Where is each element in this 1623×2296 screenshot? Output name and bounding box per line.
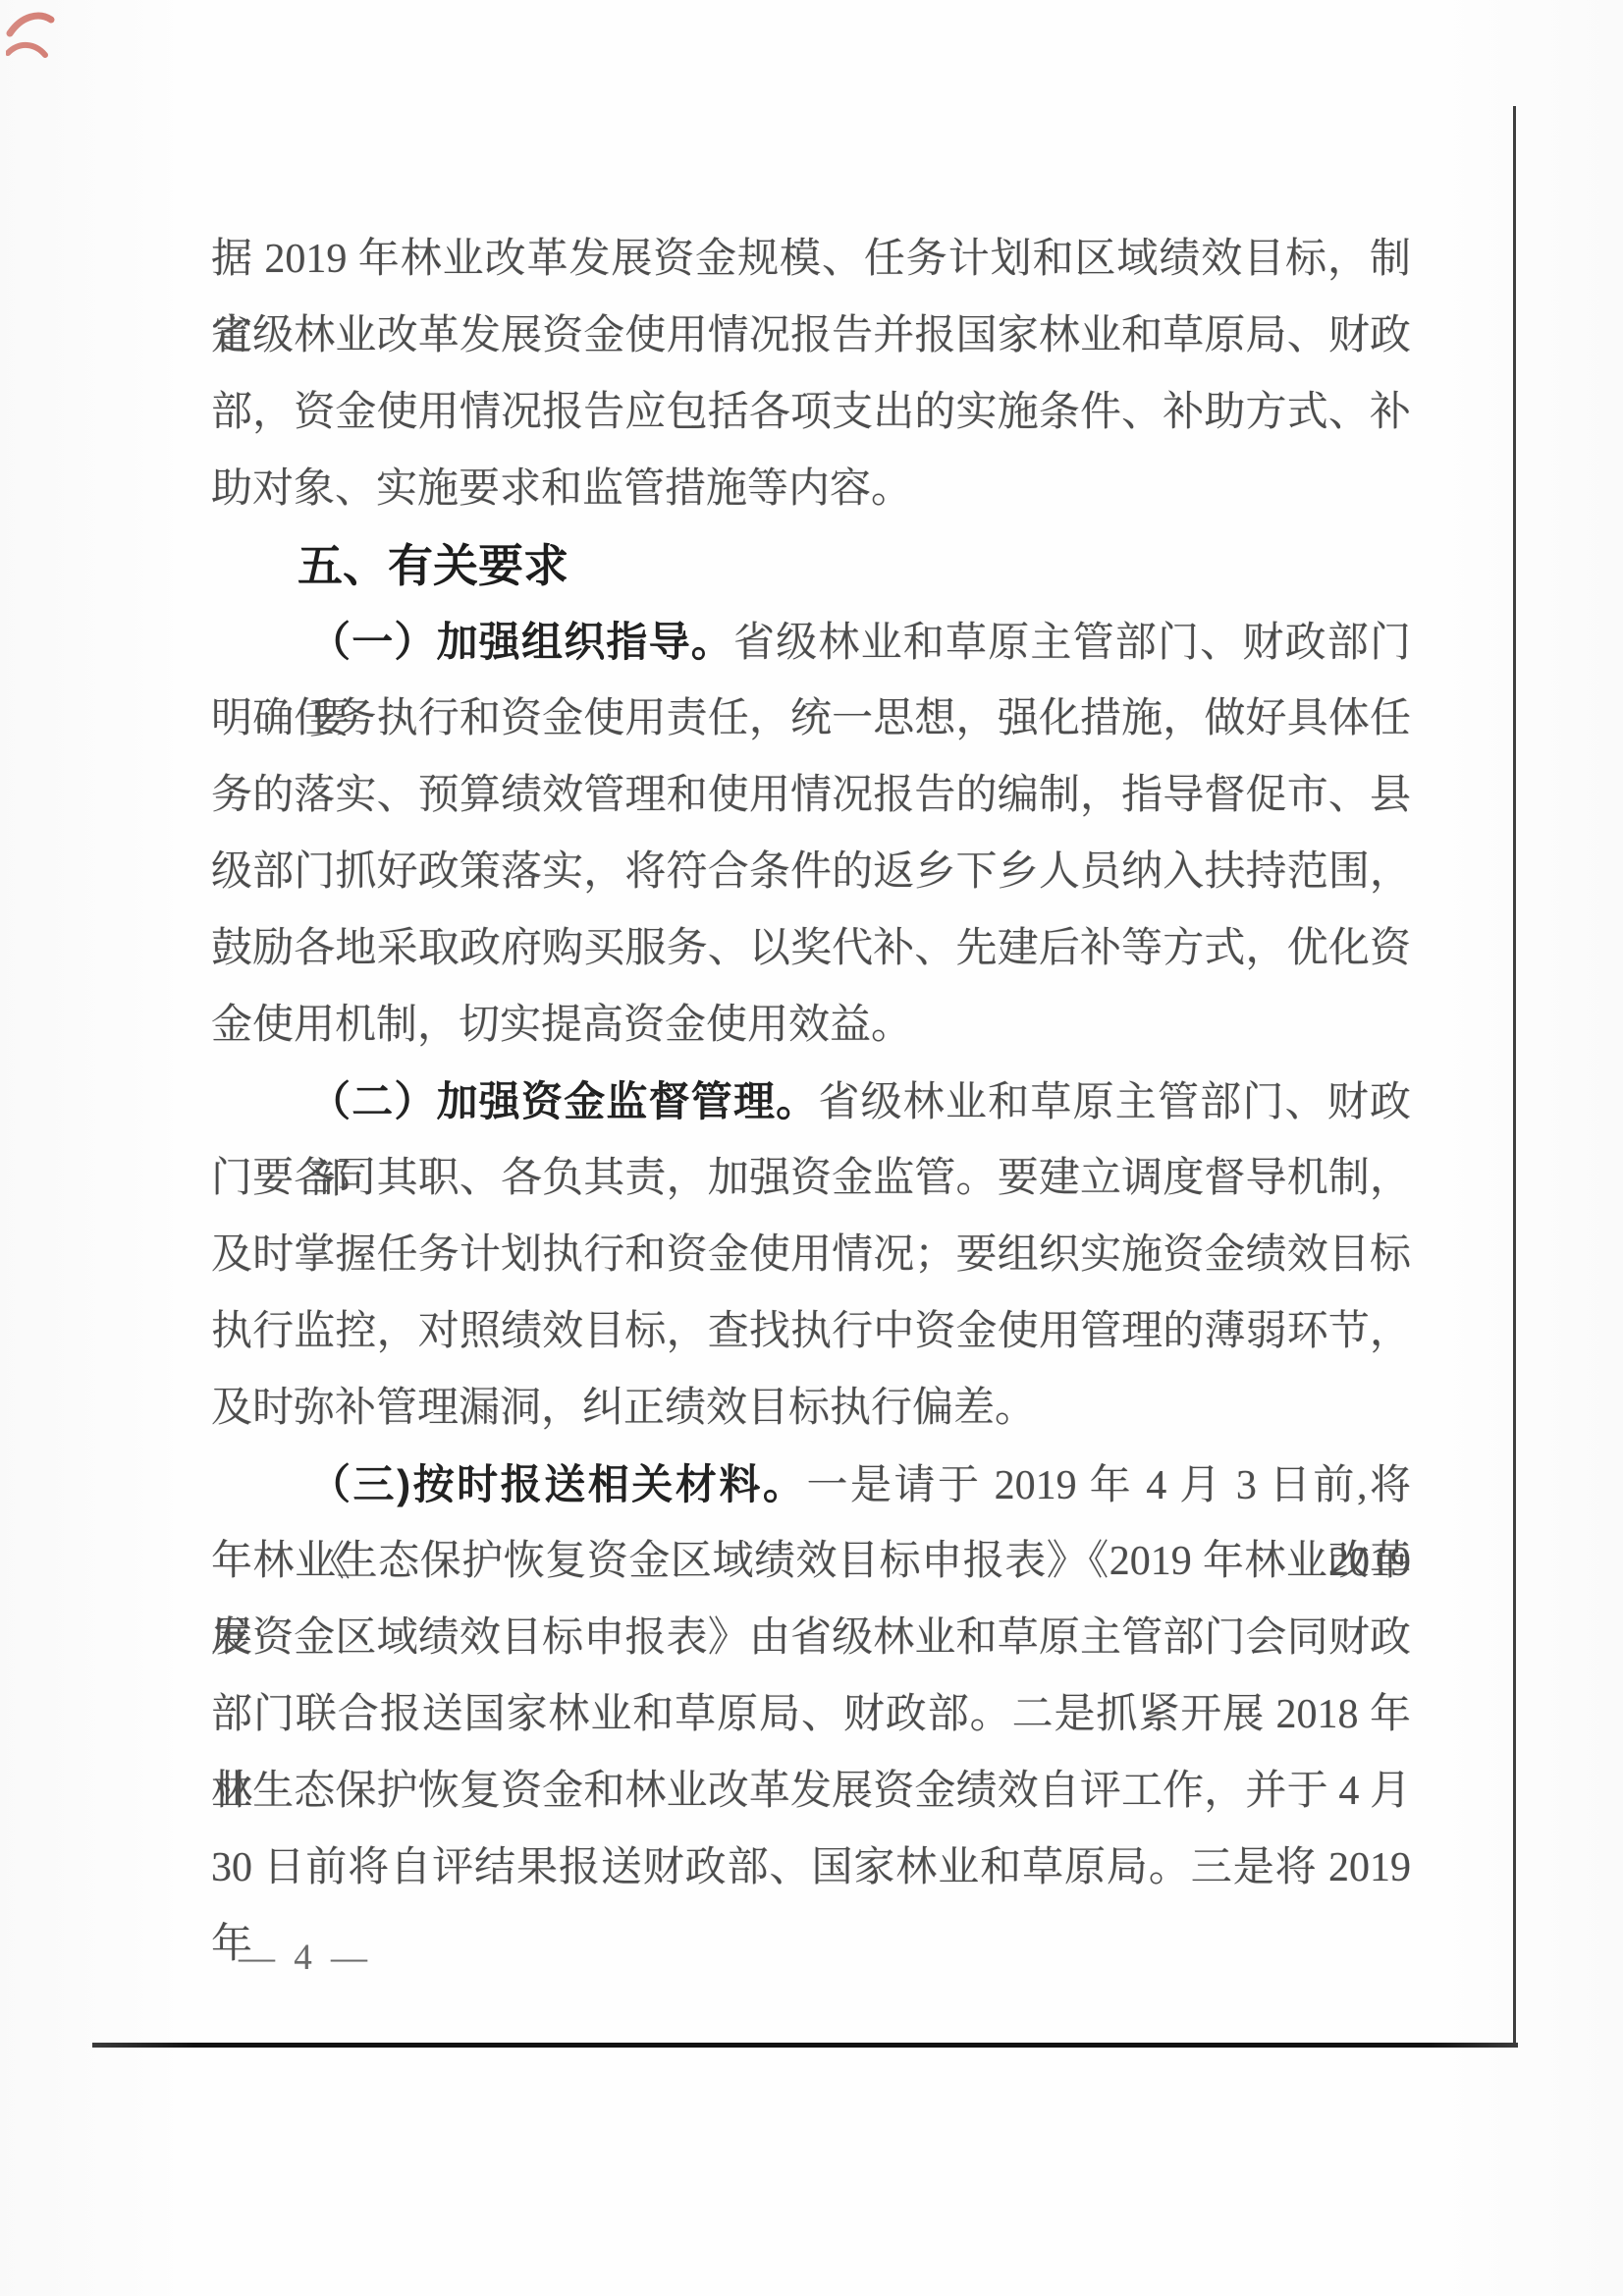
bottom-horizontal-rule <box>92 2043 1518 2048</box>
text-line: 助对象、实施要求和监管措施等内容。 <box>211 451 1411 527</box>
text-block: 据 2019 年林业改革发展资金规模、任务计划和区域绩效目标，制定省级林业改革发… <box>211 221 1411 1906</box>
text-line: 务的落实、预算绩效管理和使用情况报告的编制，指导督促市、县 <box>211 757 1411 834</box>
text-line: 门要各司其职、各负其责，加强资金监管。要建立调度督导机制， <box>211 1140 1411 1217</box>
paragraph-lead: （三)按时报送相关材料。 <box>309 1461 806 1507</box>
text-line: 省级林业改革发展资金使用情况报告并报国家林业和草原局、财政 <box>211 298 1411 374</box>
text-line: 及时弥补管理漏洞，纠正绩效目标执行偏差。 <box>211 1370 1411 1447</box>
text-line: 展资金区域绩效目标申报表》由省级林业和草原主管部门会同财政 <box>211 1600 1411 1676</box>
paragraph-lead: （一）加强组织指导。 <box>309 619 733 665</box>
text-line: 业生态保护恢复资金和林业改革发展资金绩效自评工作，并于 4 月 <box>211 1753 1411 1830</box>
text-line: 据 2019 年林业改革发展资金规模、任务计划和区域绩效目标，制定 <box>211 221 1411 298</box>
page-number: — 4 — <box>239 1937 372 1979</box>
text-line: （一）加强组织指导。省级林业和草原主管部门、财政部门要 <box>211 604 1411 681</box>
red-scribble-mark <box>6 4 67 71</box>
text-line: 执行监控，对照绩效目标，查找执行中资金使用管理的薄弱环节， <box>211 1293 1411 1370</box>
text-line: 部门联合报送国家林业和草原局、财政部。二是抓紧开展 2018 年林 <box>211 1676 1411 1753</box>
text-line: 鼓励各地采取政府购买服务、以奖代补、先建后补等方式，优化资 <box>211 910 1411 987</box>
text-line: （三)按时报送相关材料。一是请于 2019 年 4 月 3 日前,将《2019 <box>211 1447 1411 1523</box>
right-vertical-rule <box>1513 106 1516 2046</box>
text-line: 金使用机制，切实提高资金使用效益。 <box>211 987 1411 1064</box>
text-line: 部，资金使用情况报告应包括各项支出的实施条件、补助方式、补 <box>211 374 1411 451</box>
text-line: 30 日前将自评结果报送财政部、国家林业和草原局。三是将 2019 年 <box>211 1830 1411 1906</box>
text-line: 年林业生态保护恢复资金区域绩效目标申报表》《2019 年林业改革发 <box>211 1523 1411 1600</box>
paragraph-lead: （二）加强资金监督管理。 <box>309 1078 818 1124</box>
section-heading: 五、有关要求 <box>211 527 1411 604</box>
text-line: （二）加强资金监督管理。省级林业和草原主管部门、财政部 <box>211 1064 1411 1140</box>
text-line: 及时掌握任务计划执行和资金使用情况；要组织实施资金绩效目标 <box>211 1217 1411 1293</box>
text-line: 明确任务执行和资金使用责任，统一思想，强化措施，做好具体任 <box>211 681 1411 757</box>
text-line: 级部门抓好政策落实，将符合条件的返乡下乡人员纳入扶持范围， <box>211 834 1411 910</box>
document-page: 据 2019 年林业改革发展资金规模、任务计划和区域绩效目标，制定省级林业改革发… <box>0 0 1623 2296</box>
